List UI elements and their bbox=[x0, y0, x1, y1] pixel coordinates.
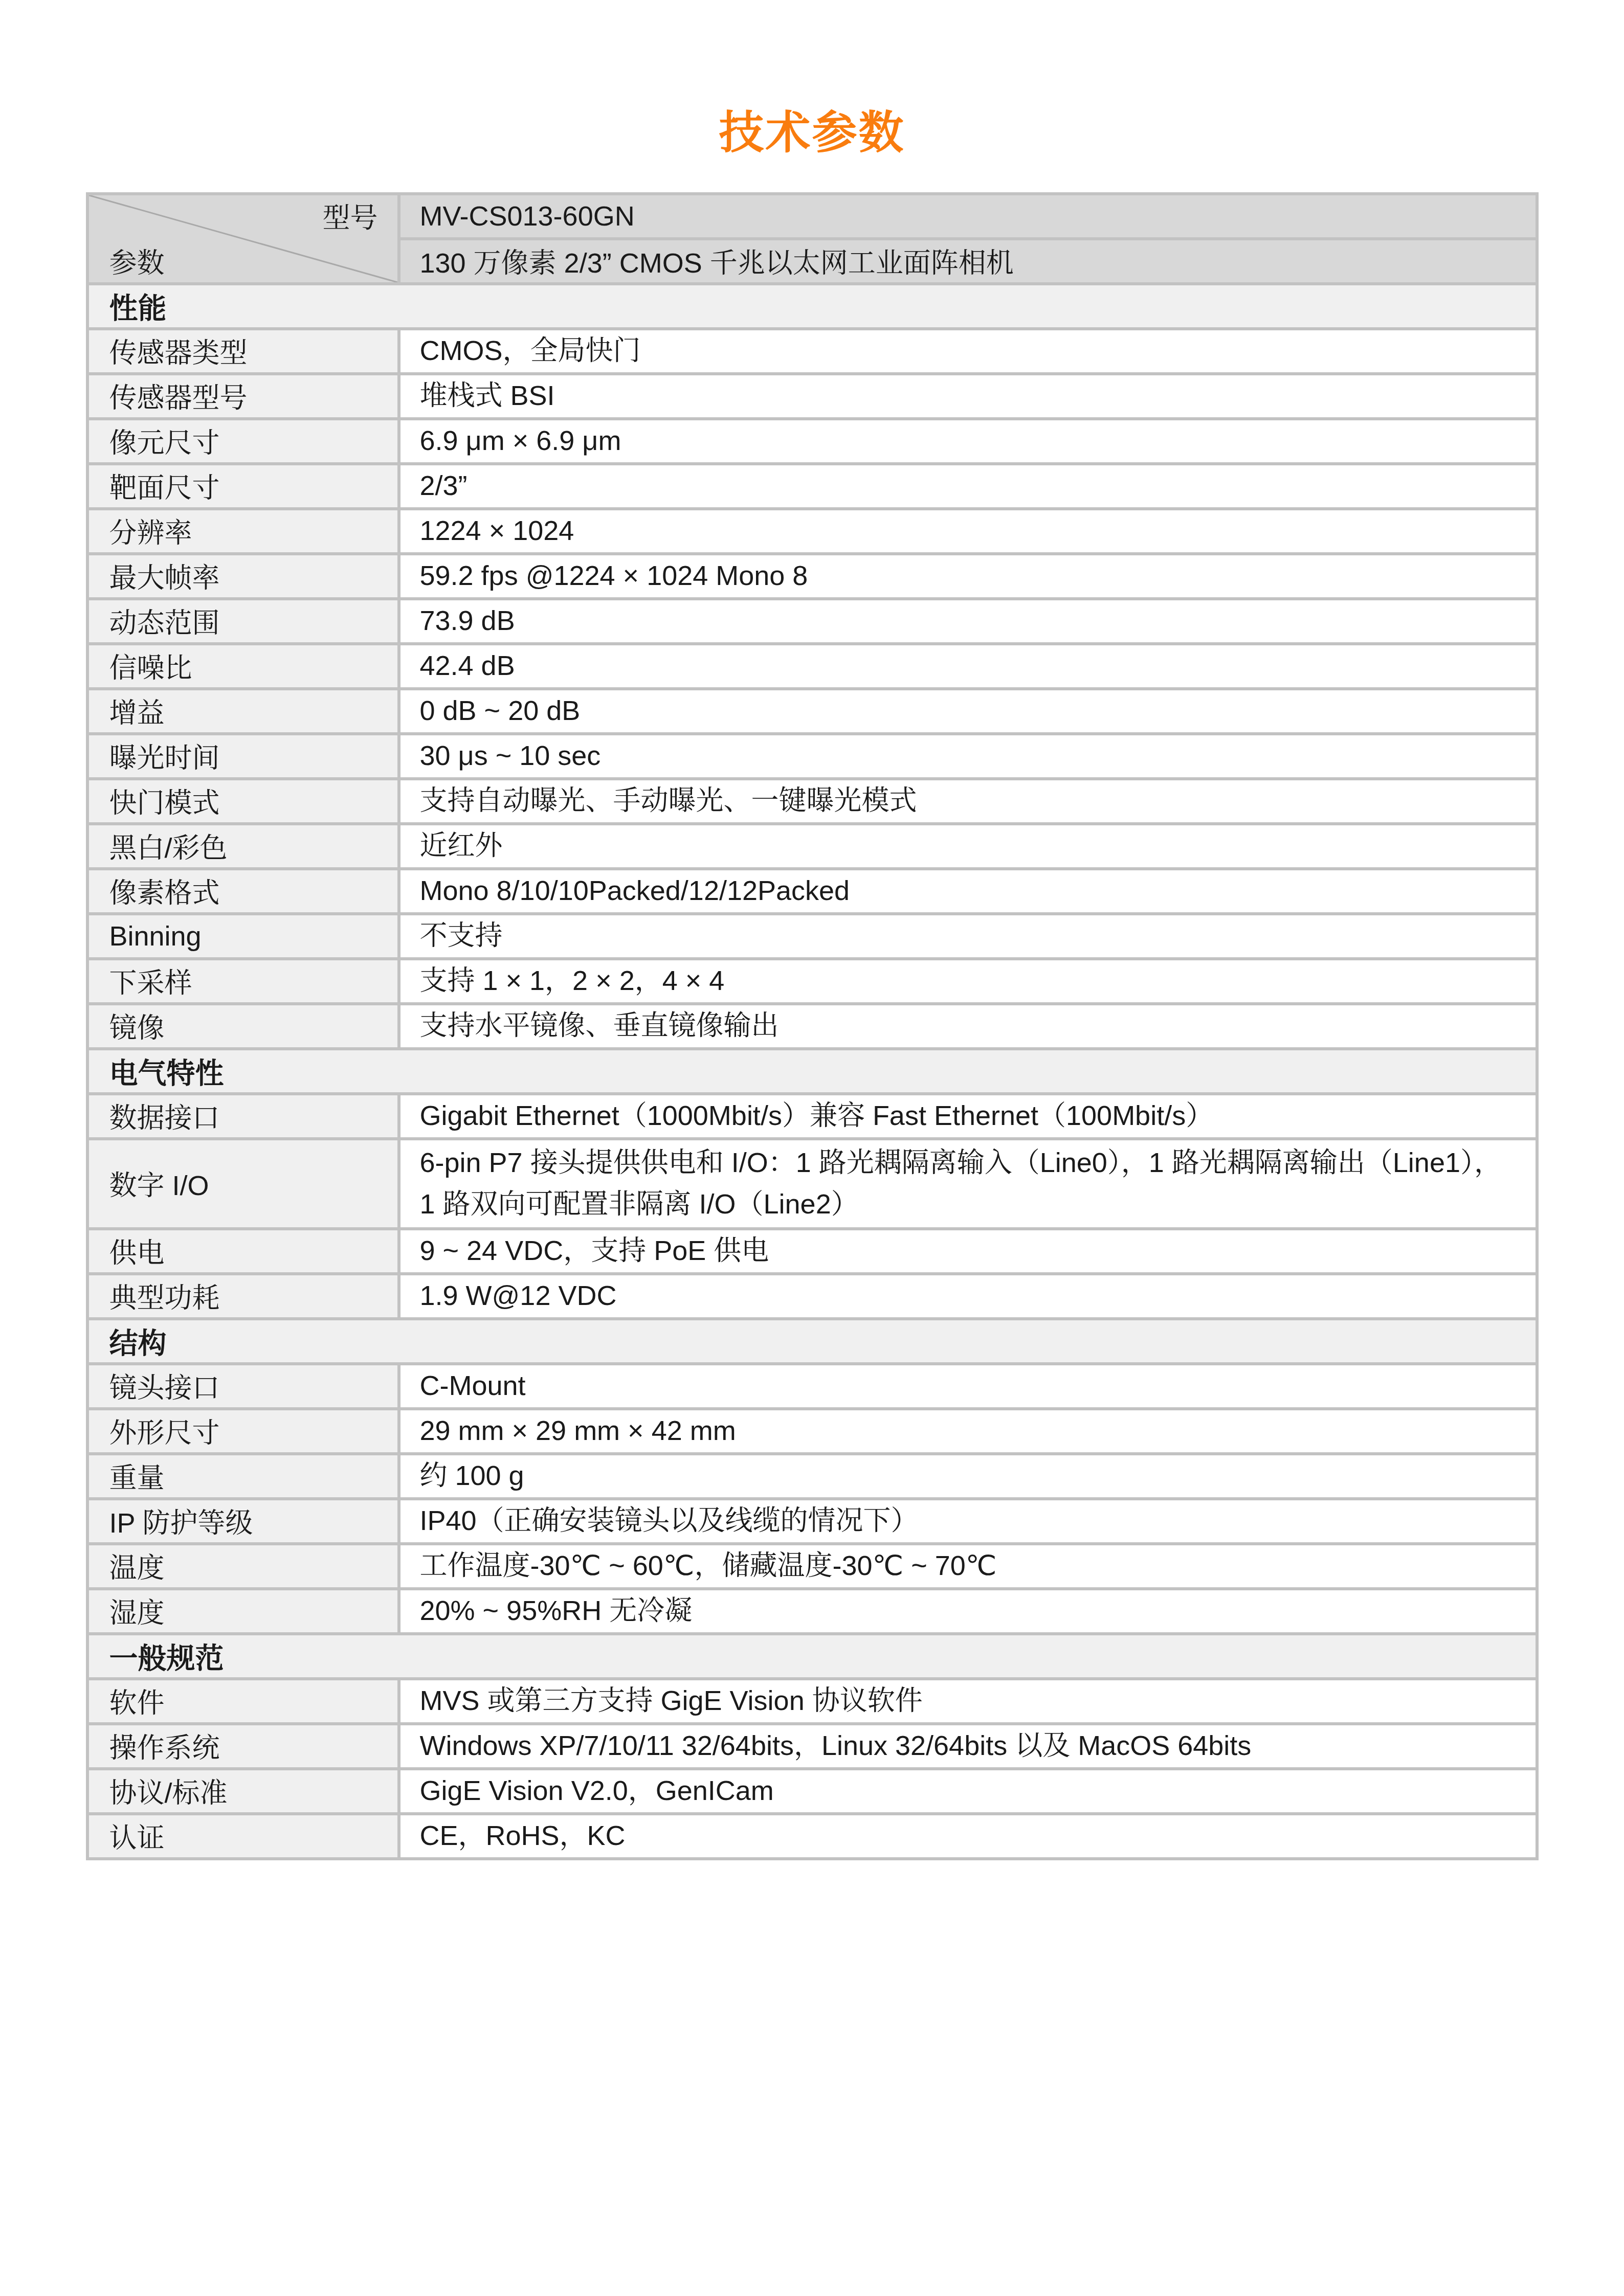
row-label: 传感器类型 bbox=[89, 330, 397, 372]
section-title: 一般规范 bbox=[89, 1635, 1536, 1677]
row-value: IP40（正确安装镜头以及线缆的情况下） bbox=[401, 1500, 1536, 1542]
row-label: 动态范围 bbox=[89, 600, 397, 642]
row-label: 分辨率 bbox=[89, 510, 397, 552]
row-value: 支持水平镜像、垂直镜像输出 bbox=[401, 1005, 1536, 1047]
row-value: 42.4 dB bbox=[401, 645, 1536, 687]
row-label: 镜头接口 bbox=[89, 1365, 397, 1407]
row-label: 下采样 bbox=[89, 960, 397, 1002]
row-label: 数据接口 bbox=[89, 1095, 397, 1137]
row-label: 操作系统 bbox=[89, 1725, 397, 1767]
row-value: 不支持 bbox=[401, 915, 1536, 957]
row-label: 外形尺寸 bbox=[89, 1410, 397, 1452]
row-label: 镜像 bbox=[89, 1005, 397, 1047]
table-row: 分辨率1224 × 1024 bbox=[89, 510, 1536, 552]
row-value: 20% ~ 95%RH 无冷凝 bbox=[401, 1590, 1536, 1632]
table-row: 最大帧率59.2 fps @1224 × 1024 Mono 8 bbox=[89, 555, 1536, 597]
model-description-cell: 130 万像素 2/3” CMOS 千兆以太网工业面阵相机 bbox=[401, 240, 1536, 282]
section-header-row: 结构 bbox=[89, 1320, 1536, 1362]
corner-label-parameter: 参数 bbox=[109, 240, 165, 282]
table-row: 温度工作温度-30℃ ~ 60℃，储藏温度-30℃ ~ 70℃ bbox=[89, 1545, 1536, 1587]
row-label: 最大帧率 bbox=[89, 555, 397, 597]
row-value: CE，RoHS，KC bbox=[401, 1815, 1536, 1857]
row-value: 6.9 μm × 6.9 μm bbox=[401, 420, 1536, 462]
row-label: 典型功耗 bbox=[89, 1275, 397, 1317]
row-label: 供电 bbox=[89, 1230, 397, 1272]
row-value: 约 100 g bbox=[401, 1455, 1536, 1497]
row-value: 2/3” bbox=[401, 465, 1536, 507]
header-corner-cell: 型号 参数 bbox=[89, 195, 397, 282]
row-value: 29 mm × 29 mm × 42 mm bbox=[401, 1410, 1536, 1452]
page-title: 技术参数 bbox=[0, 0, 1624, 160]
table-row: 快门模式支持自动曝光、手动曝光、一键曝光模式 bbox=[89, 780, 1536, 822]
row-label: IP 防护等级 bbox=[89, 1500, 397, 1542]
table-row: 湿度20% ~ 95%RH 无冷凝 bbox=[89, 1590, 1536, 1632]
row-value: GigE Vision V2.0，GenICam bbox=[401, 1770, 1536, 1812]
table-row: 传感器类型CMOS，全局快门 bbox=[89, 330, 1536, 372]
row-label: 黑白/彩色 bbox=[89, 825, 397, 867]
row-value: C-Mount bbox=[401, 1365, 1536, 1407]
table-row: 协议/标准GigE Vision V2.0，GenICam bbox=[89, 1770, 1536, 1812]
table-row: 曝光时间30 μs ~ 10 sec bbox=[89, 735, 1536, 777]
row-value: Mono 8/10/10Packed/12/12Packed bbox=[401, 870, 1536, 912]
table-row: 镜头接口C-Mount bbox=[89, 1365, 1536, 1407]
row-value: 1224 × 1024 bbox=[401, 510, 1536, 552]
row-label: 增益 bbox=[89, 690, 397, 732]
row-label: 像元尺寸 bbox=[89, 420, 397, 462]
section-title: 电气特性 bbox=[89, 1050, 1536, 1092]
row-value: 30 μs ~ 10 sec bbox=[401, 735, 1536, 777]
row-value: Gigabit Ethernet（1000Mbit/s）兼容 Fast Ethe… bbox=[401, 1095, 1536, 1137]
section-header-row: 性能 bbox=[89, 285, 1536, 327]
row-value: 堆栈式 BSI bbox=[401, 375, 1536, 417]
table-row: 外形尺寸29 mm × 29 mm × 42 mm bbox=[89, 1410, 1536, 1452]
row-label: 湿度 bbox=[89, 1590, 397, 1632]
section-title: 性能 bbox=[89, 285, 1536, 327]
row-value: 59.2 fps @1224 × 1024 Mono 8 bbox=[401, 555, 1536, 597]
row-label: 信噪比 bbox=[89, 645, 397, 687]
table-row: 像元尺寸6.9 μm × 6.9 μm bbox=[89, 420, 1536, 462]
row-label: 认证 bbox=[89, 1815, 397, 1857]
row-value: 工作温度-30℃ ~ 60℃，储藏温度-30℃ ~ 70℃ bbox=[401, 1545, 1536, 1587]
table-row: 供电9 ~ 24 VDC，支持 PoE 供电 bbox=[89, 1230, 1536, 1272]
table-row: 像素格式Mono 8/10/10Packed/12/12Packed bbox=[89, 870, 1536, 912]
row-label: 传感器型号 bbox=[89, 375, 397, 417]
document-page: 技术参数 型号 参数 MV-CS013-60GN 130 万像素 2/3” CM… bbox=[0, 0, 1624, 2296]
section-title: 结构 bbox=[89, 1320, 1536, 1362]
table-row: 软件MVS 或第三方支持 GigE Vision 协议软件 bbox=[89, 1680, 1536, 1722]
spec-table: 型号 参数 MV-CS013-60GN 130 万像素 2/3” CMOS 千兆… bbox=[86, 192, 1539, 1860]
row-value: CMOS，全局快门 bbox=[401, 330, 1536, 372]
row-value: Windows XP/7/10/11 32/64bits，Linux 32/64… bbox=[401, 1725, 1536, 1767]
table-row: 重量约 100 g bbox=[89, 1455, 1536, 1497]
table-row: 数据接口Gigabit Ethernet（1000Mbit/s）兼容 Fast … bbox=[89, 1095, 1536, 1137]
corner-label-model: 型号 bbox=[323, 195, 378, 237]
table-row: 黑白/彩色近红外 bbox=[89, 825, 1536, 867]
table-row: 增益0 dB ~ 20 dB bbox=[89, 690, 1536, 732]
table-row: 操作系统Windows XP/7/10/11 32/64bits，Linux 3… bbox=[89, 1725, 1536, 1767]
row-value: 支持自动曝光、手动曝光、一键曝光模式 bbox=[401, 780, 1536, 822]
row-label: 曝光时间 bbox=[89, 735, 397, 777]
row-label: 靶面尺寸 bbox=[89, 465, 397, 507]
row-label: 软件 bbox=[89, 1680, 397, 1722]
row-value: 近红外 bbox=[401, 825, 1536, 867]
table-row: 下采样支持 1 × 1，2 × 2，4 × 4 bbox=[89, 960, 1536, 1002]
table-row: Binning不支持 bbox=[89, 915, 1536, 957]
row-label: 协议/标准 bbox=[89, 1770, 397, 1812]
row-label: 快门模式 bbox=[89, 780, 397, 822]
row-label: 温度 bbox=[89, 1545, 397, 1587]
table-row: 数字 I/O6-pin P7 接头提供供电和 I/O：1 路光耦隔离输入（Lin… bbox=[89, 1140, 1536, 1227]
table-row: 认证CE，RoHS，KC bbox=[89, 1815, 1536, 1857]
model-number-cell: MV-CS013-60GN bbox=[401, 195, 1536, 237]
section-header-row: 电气特性 bbox=[89, 1050, 1536, 1092]
table-row: IP 防护等级IP40（正确安装镜头以及线缆的情况下） bbox=[89, 1500, 1536, 1542]
row-value: 9 ~ 24 VDC，支持 PoE 供电 bbox=[401, 1230, 1536, 1272]
row-value: 支持 1 × 1，2 × 2，4 × 4 bbox=[401, 960, 1536, 1002]
row-value: 1.9 W@12 VDC bbox=[401, 1275, 1536, 1317]
row-label: 重量 bbox=[89, 1455, 397, 1497]
row-label: Binning bbox=[89, 915, 397, 957]
table-row: 镜像支持水平镜像、垂直镜像输出 bbox=[89, 1005, 1536, 1047]
table-row: 靶面尺寸2/3” bbox=[89, 465, 1536, 507]
section-header-row: 一般规范 bbox=[89, 1635, 1536, 1677]
table-row: 动态范围73.9 dB bbox=[89, 600, 1536, 642]
table-row: 传感器型号堆栈式 BSI bbox=[89, 375, 1536, 417]
row-label: 像素格式 bbox=[89, 870, 397, 912]
row-value: MVS 或第三方支持 GigE Vision 协议软件 bbox=[401, 1680, 1536, 1722]
row-value: 0 dB ~ 20 dB bbox=[401, 690, 1536, 732]
row-label: 数字 I/O bbox=[89, 1140, 397, 1227]
row-value: 6-pin P7 接头提供供电和 I/O：1 路光耦隔离输入（Line0），1 … bbox=[401, 1140, 1536, 1227]
table-row: 信噪比42.4 dB bbox=[89, 645, 1536, 687]
table-header: 型号 参数 MV-CS013-60GN 130 万像素 2/3” CMOS 千兆… bbox=[89, 195, 1536, 282]
table-row: 典型功耗1.9 W@12 VDC bbox=[89, 1275, 1536, 1317]
row-value: 73.9 dB bbox=[401, 600, 1536, 642]
